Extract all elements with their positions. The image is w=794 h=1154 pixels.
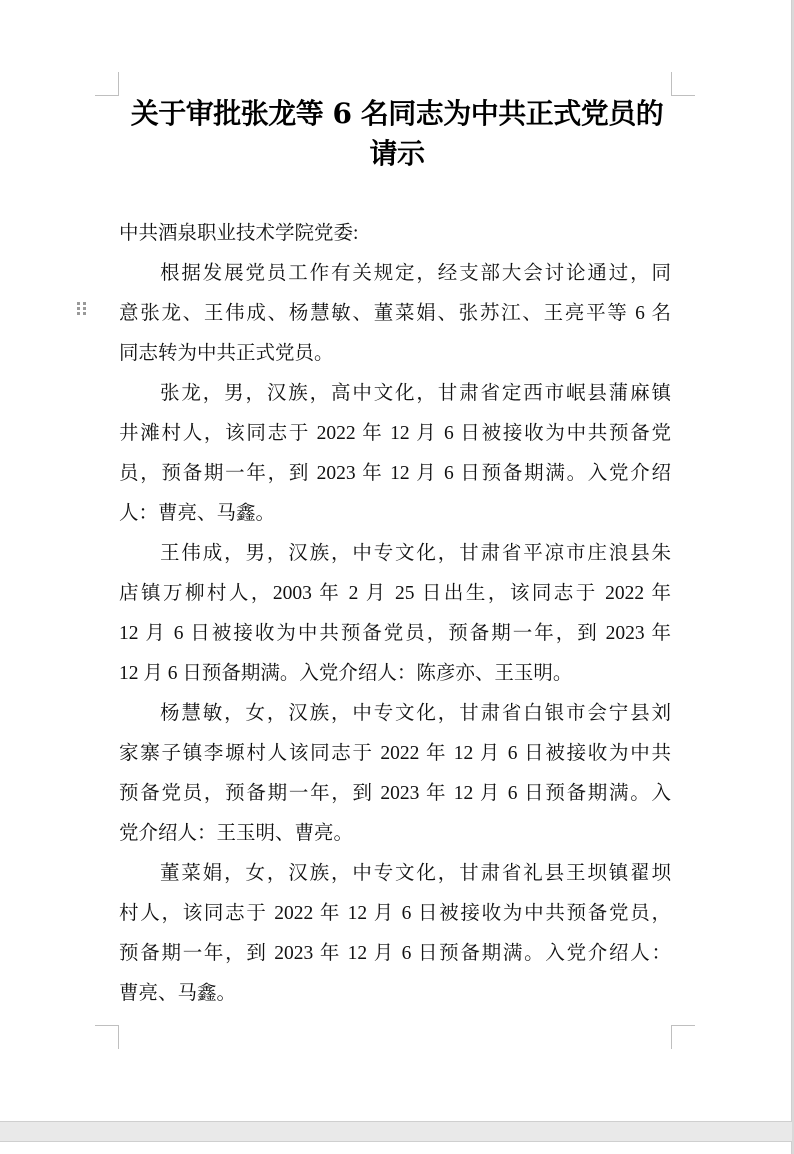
- paragraph-line: 王伟成，男，汉族，中专文化，甘肃省平凉市庄浪县朱: [119, 534, 671, 574]
- salutation: 中共酒泉职业技术学院党委:: [119, 214, 671, 254]
- paragraph-intro: 根据发展党员工作有关规定，经支部大会讨论通过，同 意张龙、王伟成、杨慧敏、董菜娟…: [119, 254, 671, 374]
- paragraph-line: 12 月 6 日预备期满。入党介绍人：陈彦亦、王玉明。: [119, 654, 671, 694]
- paragraph-line: 家寨子镇李塬村人该同志于 2022 年 12 月 6 日被接收为中共: [119, 734, 671, 774]
- margin-corner-top-right: [671, 72, 695, 96]
- paragraph-line: 意张龙、王伟成、杨慧敏、董菜娟、张苏江、王亮平等 6 名: [119, 294, 671, 334]
- paragraph-wang-weicheng: 王伟成，男，汉族，中专文化，甘肃省平凉市庄浪县朱 店镇万柳村人，2003 年 2…: [119, 534, 671, 694]
- paragraph-yang-huimin: 杨慧敏，女，汉族，中专文化，甘肃省白银市会宁县刘 家寨子镇李塬村人该同志于 20…: [119, 694, 671, 854]
- drag-handle-icon[interactable]: [77, 302, 87, 316]
- paragraph-line: 店镇万柳村人，2003 年 2 月 25 日出生，该同志于 2022 年: [119, 574, 671, 614]
- paragraph-line: 同志转为中共正式党员。: [119, 334, 671, 374]
- paragraph-dong-caijuan: 董菜娟，女，汉族，中专文化，甘肃省礼县王坝镇翟坝 村人，该同志于 2022 年 …: [119, 854, 671, 1014]
- margin-corner-bottom-right: [671, 1025, 695, 1049]
- paragraph-line: 根据发展党员工作有关规定，经支部大会讨论通过，同: [119, 254, 671, 294]
- paragraph-line: 曹亮、马鑫。: [119, 974, 671, 1014]
- paragraph-line: 员，预备期一年，到 2023 年 12 月 6 日预备期满。入党介绍: [119, 454, 671, 494]
- document-title: 关于审批张龙等 6 名同志为中共正式党员的 请示: [100, 94, 694, 174]
- paragraph-line: 预备期一年，到 2023 年 12 月 6 日预备期满。入党介绍人：: [119, 934, 671, 974]
- document-page[interactable]: 关于审批张龙等 6 名同志为中共正式党员的 请示 中共酒泉职业技术学院党委: 根…: [0, 0, 792, 1122]
- margin-corner-top-left: [95, 72, 119, 96]
- paragraph-line: 党介绍人：王玉明、曹亮。: [119, 814, 671, 854]
- paragraph-line: 12 月 6 日被接收为中共预备党员，预备期一年，到 2023 年: [119, 614, 671, 654]
- paragraph-zhang-long: 张龙，男，汉族，高中文化，甘肃省定西市岷县蒲麻镇 井滩村人，该同志于 2022 …: [119, 374, 671, 534]
- paragraph-line: 预备党员，预备期一年，到 2023 年 12 月 6 日预备期满。入: [119, 774, 671, 814]
- paragraph-line: 董菜娟，女，汉族，中专文化，甘肃省礼县王坝镇翟坝: [119, 854, 671, 894]
- title-line: 请示: [100, 134, 694, 174]
- paragraph-line: 杨慧敏，女，汉族，中专文化，甘肃省白银市会宁县刘: [119, 694, 671, 734]
- paragraph-line: 村人，该同志于 2022 年 12 月 6 日被接收为中共预备党员，: [119, 894, 671, 934]
- paragraph-line: 井滩村人，该同志于 2022 年 12 月 6 日被接收为中共预备党: [119, 414, 671, 454]
- next-page[interactable]: [0, 1141, 792, 1154]
- paragraph-line: 张龙，男，汉族，高中文化，甘肃省定西市岷县蒲麻镇: [119, 374, 671, 414]
- margin-corner-bottom-left: [95, 1025, 119, 1049]
- paragraph-line: 人：曹亮、马鑫。: [119, 494, 671, 534]
- title-line: 关于审批张龙等 6 名同志为中共正式党员的: [100, 94, 694, 134]
- document-body[interactable]: 中共酒泉职业技术学院党委: 根据发展党员工作有关规定，经支部大会讨论通过，同 意…: [119, 214, 671, 1014]
